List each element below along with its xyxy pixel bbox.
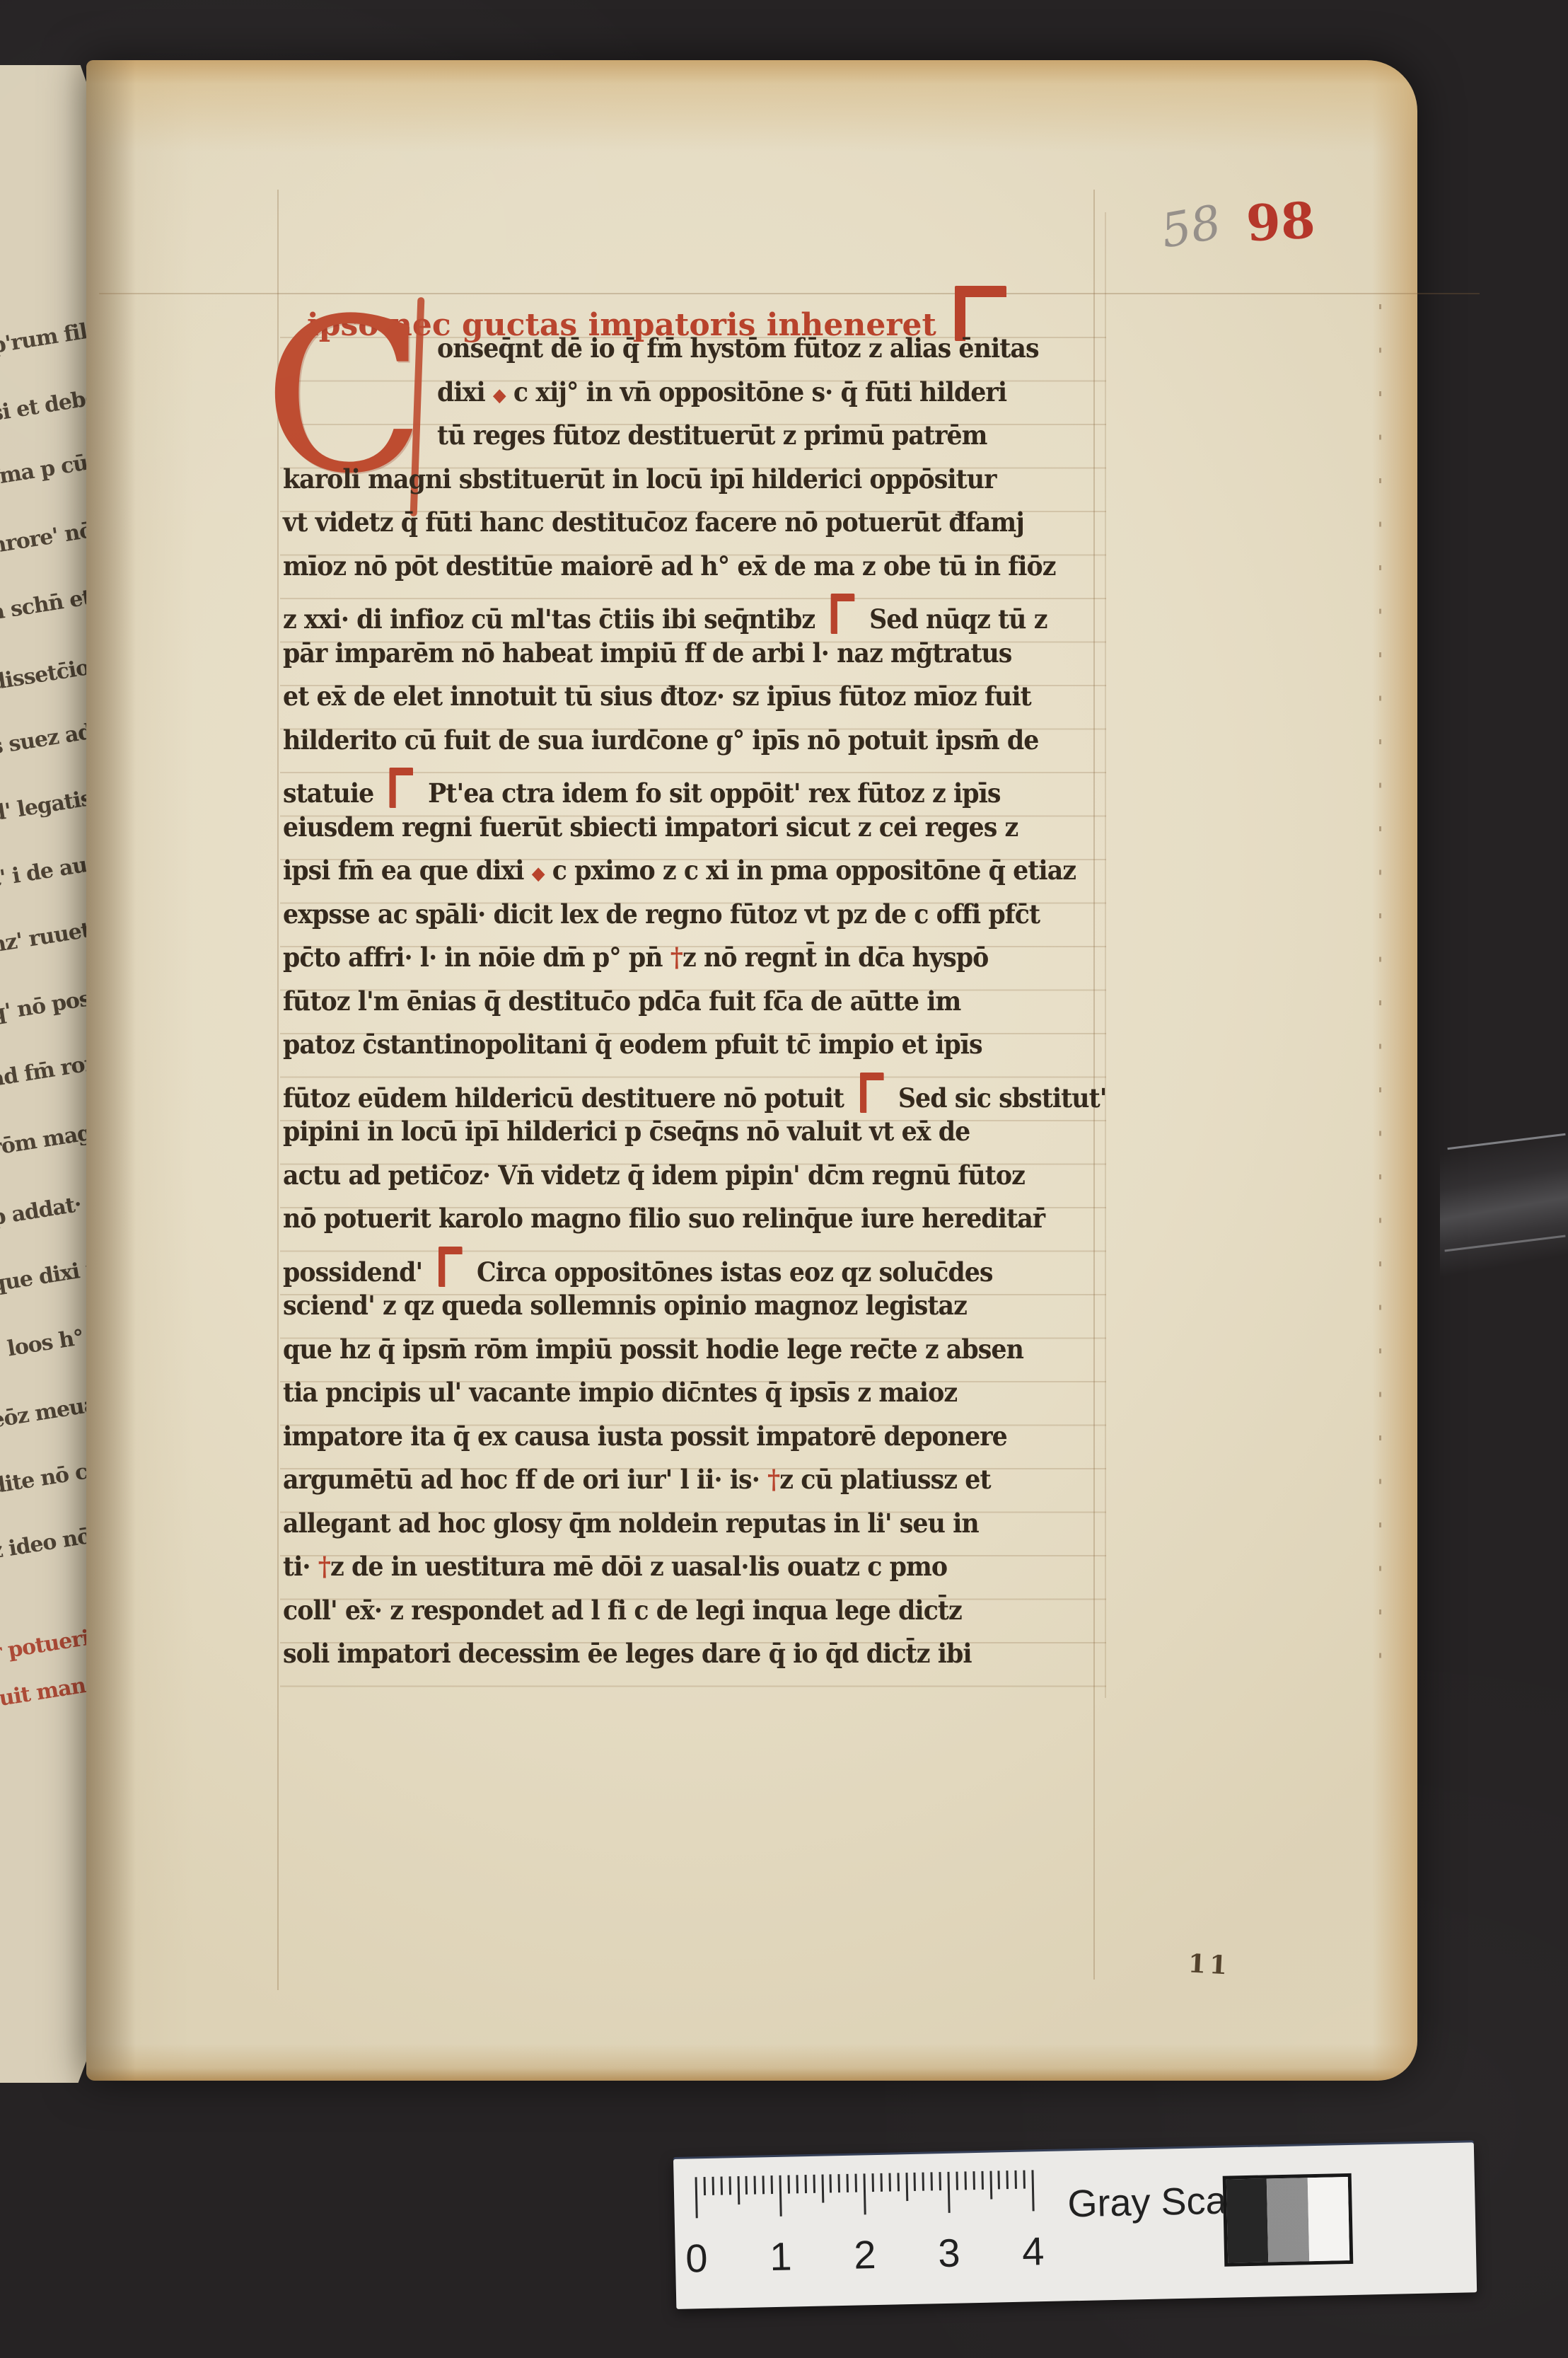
ruler-tick xyxy=(695,2177,698,2218)
red-touched-mark: † xyxy=(318,1551,330,1582)
ruler-tick xyxy=(813,2175,815,2193)
pricking-marks xyxy=(1379,304,1381,1680)
ruler-tick xyxy=(838,2174,841,2192)
manuscript-line: mīoz nō pōt destitūe maiorē ad h° ex̄ de… xyxy=(283,550,1056,582)
ruler-tick xyxy=(989,2171,992,2200)
quire-mark: 11 xyxy=(1187,1948,1231,1980)
ruler-tick xyxy=(922,2173,925,2191)
manuscript-line: pc̄to affri· l· in nōie dm̄ p° pn̄ †z nō… xyxy=(283,942,988,973)
grayscale-card: 01234 Gray Scale xyxy=(673,2142,1477,2309)
ruler-tick xyxy=(939,2172,942,2190)
manuscript-line: onseq̄nt dē io q̄ fm̄ hystōm fūtoz z ali… xyxy=(437,333,1039,364)
gutter-shadow xyxy=(86,60,136,2081)
pilcrow-icon xyxy=(831,594,855,634)
ruler-tick xyxy=(754,2176,757,2195)
manuscript-line: ti· †z de in uestitura mē dōi z uasal·li… xyxy=(283,1551,947,1582)
red-touched-mark: † xyxy=(670,942,683,973)
ruler-tick xyxy=(905,2173,908,2201)
grayscale-chip xyxy=(1226,2178,1269,2262)
manuscript-line: tia pncipis ul' vacante impio dic̄ntes q… xyxy=(283,1377,957,1408)
ruler-numbers: 01234 xyxy=(673,2142,1474,2159)
manuscript-line: impatore ita q̄ ex causa iusta possit im… xyxy=(283,1421,1007,1452)
grayscale-chip xyxy=(1267,2178,1309,2262)
manuscript-line: sciend' z qz queda sollemnis opinio magn… xyxy=(283,1290,967,1321)
ruler-number: 2 xyxy=(854,2231,877,2278)
manuscript-line: que hz q̄ ipsm̄ rōm impiū possit hodie l… xyxy=(283,1334,1023,1365)
ruler-tick xyxy=(771,2175,774,2194)
manuscript-line: nō potuerit karolo magno filio suo relin… xyxy=(283,1203,1045,1234)
ruler-tick xyxy=(914,2173,917,2191)
grayscale-chip xyxy=(1307,2177,1349,2261)
ruler-tick xyxy=(830,2174,832,2192)
ruler-number: 4 xyxy=(1022,2228,1045,2275)
manuscript-photo: p'rum filiū suū uosi et debebit s· vncfm… xyxy=(0,0,1568,2358)
manuscript-line: fūtoz eūdem hildericū destituere nō potu… xyxy=(283,1073,1106,1114)
ruler-tick xyxy=(787,2175,790,2194)
manuscript-line: possidend' Circa oppositōnes istas eoz q… xyxy=(283,1247,993,1288)
manuscript-line: vt videtz q̄ fūti hanc destituc̄oz facer… xyxy=(283,507,1024,538)
grayscale-chips xyxy=(1223,2173,1354,2267)
margin-fragment-red: fuit mane xyxy=(0,1671,100,1713)
ruler-tick xyxy=(804,2175,807,2193)
ruler-tick xyxy=(888,2173,891,2192)
manuscript-line: argumētū ad hoc ff de ori iur' l ii· is·… xyxy=(283,1464,991,1495)
pilcrow-icon xyxy=(439,1247,463,1287)
ruler-tick xyxy=(737,2176,740,2204)
manuscript-line: hilderito cū fuit de sua iurdc̄one g° ip… xyxy=(283,724,1039,756)
ruler-tick xyxy=(855,2174,858,2192)
manuscript-line: ipsi fm̄ ea que dixi ◆ c pximo z c xi in… xyxy=(283,855,1076,886)
manuscript-line: coll' ex̄· z respondet ad l fi c de legi… xyxy=(283,1595,962,1626)
ruler-tick xyxy=(947,2172,950,2213)
manuscript-line: z xxi· di infioz cū ml'tas c̄tiis ibi se… xyxy=(283,594,1047,635)
pilcrow-icon xyxy=(390,768,414,808)
folio-number-pencil: 58 xyxy=(1157,195,1225,258)
ruler-tick xyxy=(712,2177,714,2195)
ruler-number: 3 xyxy=(938,2230,961,2277)
ruler-tick xyxy=(762,2175,765,2194)
ruler-tick xyxy=(745,2176,748,2195)
ruler-tick xyxy=(847,2174,849,2192)
ruler-tick xyxy=(1023,2171,1026,2189)
ruler-tick xyxy=(931,2172,934,2190)
ruler-tick xyxy=(880,2173,883,2192)
manuscript-line: pār imparēm nō habeat impiū ff de arbi l… xyxy=(283,637,1011,669)
manuscript-line: pipini in locū ipī hilderici p c̄seq̄ns … xyxy=(283,1116,970,1147)
ruler-tick xyxy=(703,2177,706,2195)
ruler-tick xyxy=(1006,2171,1009,2189)
manuscript-line: allegant ad hoc glosy q̄m noldein reputa… xyxy=(283,1508,979,1539)
ruler-tick xyxy=(779,2175,782,2217)
manuscript-line: tū reges fūtoz destituerūt z primū patrē… xyxy=(437,420,987,451)
manuscript-line: statuie Pt'ea ctra idem fo sit oppōit' r… xyxy=(283,768,1001,809)
pilcrow-icon xyxy=(859,1073,883,1113)
manuscript-line: eiusdem regni fuerūt sbiecti impatori si… xyxy=(283,811,1018,843)
ruler-tick xyxy=(897,2173,900,2191)
ruler-tick xyxy=(720,2177,723,2195)
manuscript-line: patoz c̄stantinopolitani q̄ eodem pfuit … xyxy=(283,1029,982,1060)
manuscript-line: fūtoz l'm ēnias q̄ destituc̄o pdc̄a fuit… xyxy=(283,986,960,1017)
ruler-ticks xyxy=(673,2142,1474,2159)
ruler-number: 0 xyxy=(685,2235,709,2282)
manuscript-line: karoli magni sbstituerūt in locū ipī hil… xyxy=(283,463,996,495)
red-dot-mark: ◆ xyxy=(493,385,506,406)
ruler-tick xyxy=(972,2171,975,2190)
ruler-tick xyxy=(1015,2171,1018,2189)
ruler-number: 1 xyxy=(770,2233,793,2280)
ruler-tick xyxy=(1031,2170,1034,2211)
manuscript-line: actu ad petic̄oz· Vn̄ videtz q̄ idem pip… xyxy=(283,1160,1025,1191)
ruler-tick xyxy=(863,2173,866,2214)
ruler-tick xyxy=(956,2172,958,2190)
ruler-tick xyxy=(821,2175,824,2203)
red-touched-mark: † xyxy=(767,1464,779,1495)
text-lines: onseq̄nt dē io q̄ fm̄ hystōm fūtoz z ali… xyxy=(283,333,1103,1698)
ruler-tick xyxy=(964,2171,967,2190)
ruler-tick xyxy=(871,2173,874,2192)
manuscript-line: dixi ◆ c xij° in vn̄ oppositōne s· q̄ fū… xyxy=(437,376,1006,408)
manuscript-line: expsse ac spāli· dicit lex de regno fūto… xyxy=(283,898,1040,930)
ruler-tick xyxy=(796,2175,798,2193)
folio-number-red-ink: 98 xyxy=(1245,191,1317,253)
manuscript-line: soli impatori decessim ēe leges dare q̄ … xyxy=(283,1638,972,1669)
ruler-tick xyxy=(998,2171,1001,2189)
ruler-tick xyxy=(728,2176,731,2195)
red-dot-mark: ◆ xyxy=(532,863,545,884)
manuscript-line: et ex̄ de elet innotuit tū sius đtoz· sz… xyxy=(283,681,1031,712)
ruler-tick xyxy=(981,2171,984,2190)
